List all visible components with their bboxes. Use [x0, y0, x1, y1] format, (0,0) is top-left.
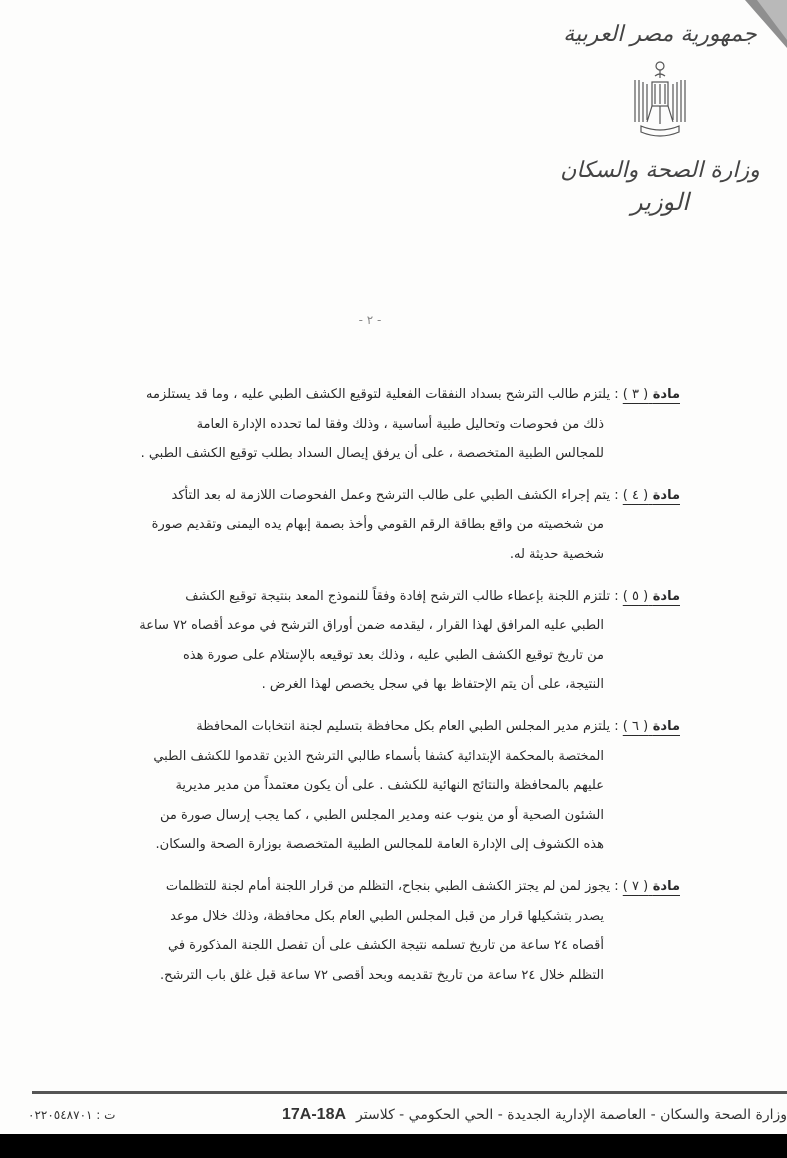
footer-divider	[32, 1091, 787, 1094]
article-text: ذلك من فحوصات وتحاليل طبية أساسية ، وذلك…	[100, 410, 680, 440]
article-text: عليهم بالمحافظة والنتائج النهائية للكشف …	[100, 771, 680, 801]
egypt-eagle-emblem-icon	[625, 56, 695, 142]
ministry-name: وزارة الصحة والسكان	[560, 156, 760, 186]
article-label: مادة ( ٤ )	[623, 488, 680, 503]
page-number: - ٢ -	[340, 313, 400, 327]
article-text: أقصاه ٢٤ ساعة من تاريخ تسلمه نتيجة الكشف…	[100, 931, 680, 961]
article-text: : يلتزم طالب الترشح بسداد النفقات الفعلي…	[146, 387, 619, 402]
article-label: مادة ( ٥ )	[623, 589, 680, 604]
minister-title: الوزير	[560, 186, 760, 218]
article-4: مادة ( ٤ ) : يتم إجراء الكشف الطبي على ط…	[100, 481, 680, 570]
document-body: مادة ( ٣ ) : يلتزم طالب الترشح بسداد الن…	[100, 380, 680, 1002]
article-text: من شخصيته من واقع بطاقة الرقم القومي وأخ…	[100, 510, 680, 540]
republic-name: جمهورية مصر العربية	[560, 20, 760, 50]
article-text: التظلم خلال ٢٤ ساعة من تاريخ تقديمه وبحد…	[100, 961, 680, 991]
article-text: النتيجة، على أن يتم الإحتفاظ بها في سجل …	[100, 670, 680, 700]
scan-bottom-border	[0, 1134, 787, 1158]
article-text: المختصة بالمحكمة الإبتدائية كشفا بأسماء …	[100, 742, 680, 772]
article-label: مادة ( ٦ )	[623, 719, 680, 734]
article-text: : يجوز لمن لم يجتز الكشف الطبي بنجاح، ال…	[166, 879, 619, 894]
article-text: : يتم إجراء الكشف الطبي على طالب الترشح …	[172, 488, 619, 503]
article-text: الطبي عليه المرافق لهذا القرار ، ليقدمه …	[100, 611, 680, 641]
article-5: مادة ( ٥ ) : تلتزم اللجنة بإعطاء طالب ال…	[100, 582, 680, 700]
article-text: هذه الكشوف إلى الإدارة العامة للمجالس ال…	[100, 830, 680, 860]
document-page: جمهورية مصر العربية وزارة الصحة والسكان …	[0, 0, 787, 1134]
article-label: مادة ( ٣ )	[623, 387, 680, 402]
article-text: من تاريخ توقيع الكشف الطبي عليه ، وذلك ب…	[100, 641, 680, 671]
footer-address: وزارة الصحة والسكان - العاصمة الإدارية ا…	[272, 1106, 787, 1124]
article-label: مادة ( ٧ )	[623, 879, 680, 894]
article-text: : يلتزم مدير المجلس الطبي العام بكل محاف…	[196, 719, 618, 734]
article-text: يصدر بتشكيلها قرار من قبل المجلس الطبي ا…	[100, 902, 680, 932]
letterhead: جمهورية مصر العربية وزارة الصحة والسكان …	[560, 20, 760, 218]
article-3: مادة ( ٣ ) : يلتزم طالب الترشح بسداد الن…	[100, 380, 680, 469]
article-text: للمجالس الطبية المتخصصة ، على أن يرفق إي…	[100, 439, 680, 469]
article-text: الشئون الصحية أو من ينوب عنه ومدير المجل…	[100, 801, 680, 831]
article-6: مادة ( ٦ ) : يلتزم مدير المجلس الطبي الع…	[100, 712, 680, 860]
article-text: : تلتزم اللجنة بإعطاء طالب الترشح إفادة …	[185, 589, 618, 604]
cluster-code: 17A-18A	[282, 1106, 346, 1123]
article-7: مادة ( ٧ ) : يجوز لمن لم يجتز الكشف الطب…	[100, 872, 680, 990]
footer: وزارة الصحة والسكان - العاصمة الإدارية ا…	[0, 1106, 787, 1130]
article-text: شخصية حديثة له.	[100, 540, 680, 570]
footer-phone: ت : ٠٢٢٠٥٤٨٧٠١	[28, 1108, 115, 1122]
page-corner-fold-highlight	[757, 0, 787, 40]
